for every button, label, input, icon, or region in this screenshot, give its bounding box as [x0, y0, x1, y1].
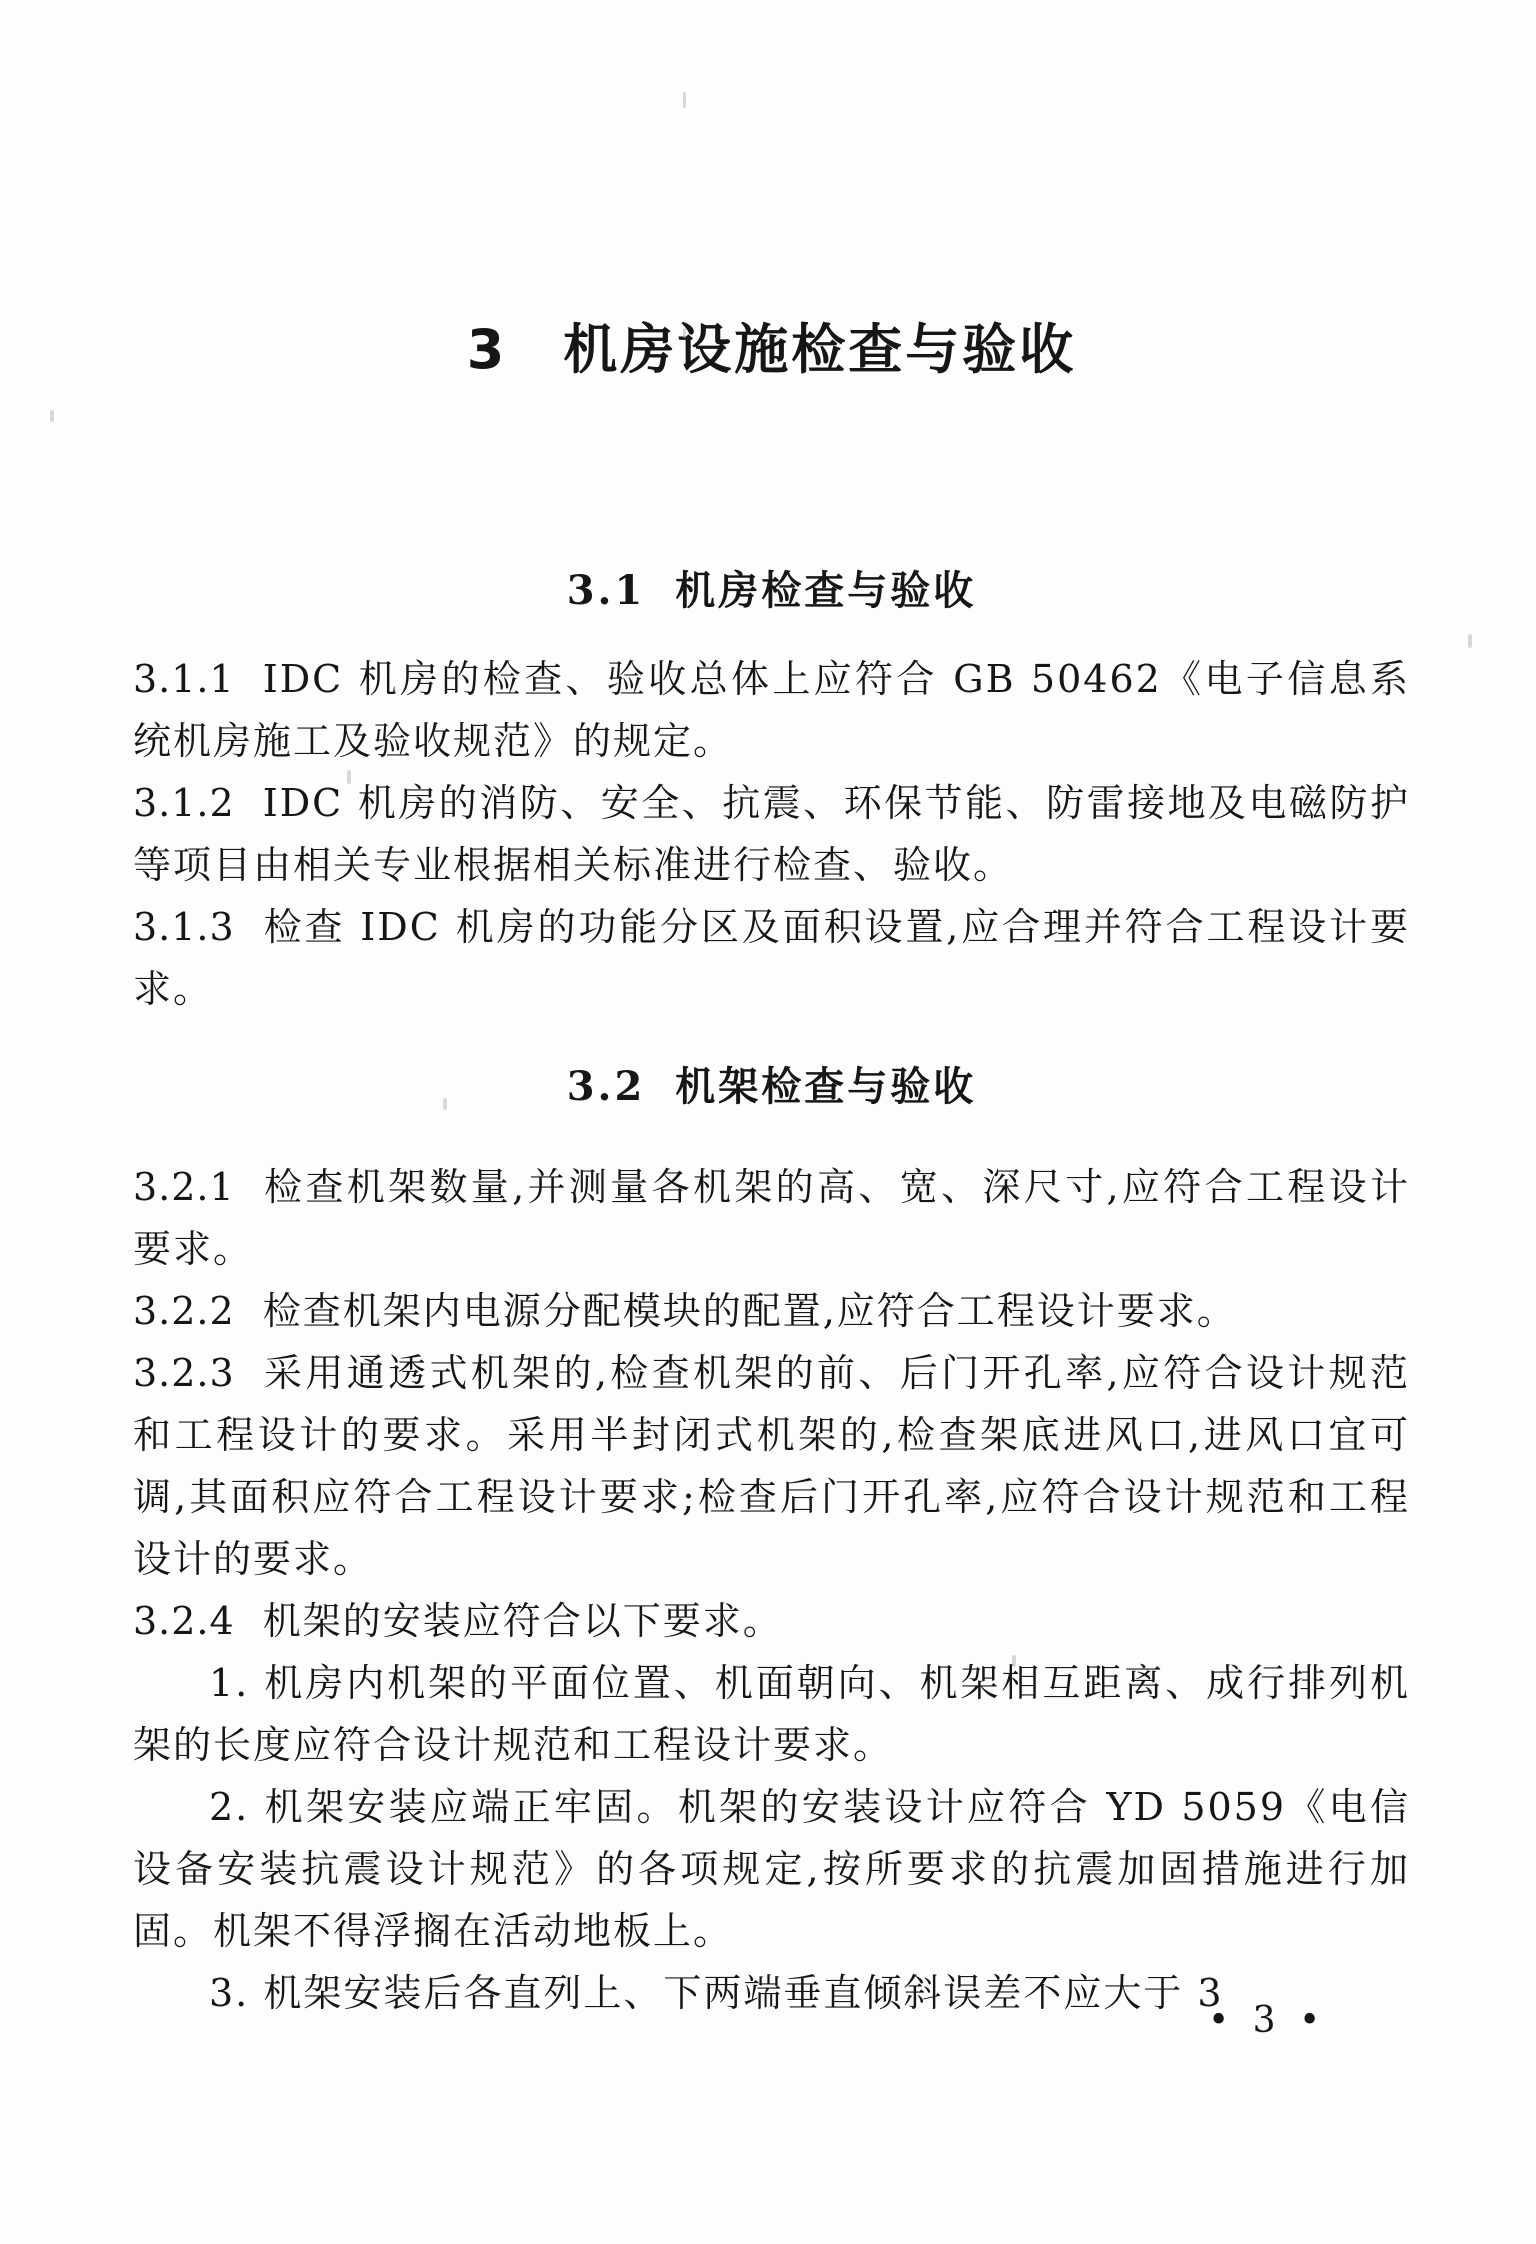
clause-3-1-3: 3.1.3检查 IDC 机房的功能分区及面积设置,应合理并符合工程设计要求。	[133, 896, 1410, 1020]
chapter-number: 3	[467, 318, 508, 381]
section-number: 3.2	[567, 1063, 646, 1110]
clause-text: IDC 机房的消防、安全、抗震、环保节能、防雷接地及电磁防护等项目由相关专业根据…	[133, 781, 1410, 887]
scan-artifact	[683, 92, 686, 108]
section-title: 机架检查与验收	[675, 1063, 976, 1110]
scan-artifact	[443, 1098, 447, 1110]
clause-3-2-3: 3.2.3采用通透式机架的,检查机架的前、后门开孔率,应符合设计规范和工程设计的…	[133, 1342, 1410, 1590]
clause-text: IDC 机房的检查、验收总体上应符合 GB 50462《电子信息系统机房施工及验…	[133, 657, 1410, 763]
clause-text: 检查机架内电源分配模块的配置,应符合工程设计要求。	[263, 1289, 1237, 1333]
clause-label: 3.2.3	[133, 1351, 235, 1395]
clause-label: 3.1.3	[133, 905, 235, 949]
clause-3-1-2: 3.1.2IDC 机房的消防、安全、抗震、环保节能、防雷接地及电磁防护等项目由相…	[133, 772, 1410, 896]
clause-text: 检查 IDC 机房的功能分区及面积设置,应合理并符合工程设计要求。	[133, 905, 1410, 1011]
clause-text: 采用通透式机架的,检查机架的前、后门开孔率,应符合设计规范和工程设计的要求。采用…	[133, 1351, 1410, 1581]
clause-text: 检查机架数量,并测量各机架的高、宽、深尺寸,应符合工程设计要求。	[133, 1165, 1410, 1271]
clause-label: 3.2.4	[133, 1599, 235, 1643]
section-heading-3-2: 3.2机架检查与验收	[133, 1064, 1410, 1110]
scan-artifact	[347, 770, 351, 784]
clause-label: 3.2.1	[133, 1165, 235, 1209]
clause-3-1-1: 3.1.1IDC 机房的检查、验收总体上应符合 GB 50462《电子信息系统机…	[133, 648, 1410, 772]
section-title: 机房检查与验收	[675, 567, 976, 614]
section-heading-3-1: 3.1机房检查与验收	[133, 568, 1410, 614]
document-page: 3机房设施检查与验收 3.1机房检查与验收 3.1.1IDC 机房的检查、验收总…	[0, 0, 1536, 2244]
scan-artifact	[1468, 634, 1472, 648]
scan-artifact	[50, 410, 54, 422]
clause-text: 机架的安装应符合以下要求。	[263, 1599, 783, 1643]
clause-label: 3.1.2	[133, 781, 235, 825]
chapter-title: 机房设施检查与验收	[563, 318, 1076, 381]
chapter-heading: 3机房设施检查与验收	[133, 320, 1410, 380]
scan-artifact	[683, 328, 686, 338]
list-item-text: 2. 机架安装应端正牢固。机架的安装设计应符合 YD 5059《电信设备安装抗震…	[133, 1785, 1410, 1953]
clause-3-2-1: 3.2.1检查机架数量,并测量各机架的高、宽、深尺寸,应符合工程设计要求。	[133, 1156, 1410, 1280]
clause-3-2-4: 3.2.4机架的安装应符合以下要求。	[133, 1590, 1410, 1652]
scan-artifact	[1012, 1655, 1016, 1667]
list-item-text: 1. 机房内机架的平面位置、机面朝向、机架相互距离、成行排列机架的长度应符合设计…	[133, 1661, 1410, 1767]
clause-3-2-2: 3.2.2检查机架内电源分配模块的配置,应符合工程设计要求。	[133, 1280, 1410, 1342]
clause-3-2-4-item-1: 1. 机房内机架的平面位置、机面朝向、机架相互距离、成行排列机架的长度应符合设计…	[133, 1652, 1410, 1776]
clause-label: 3.2.2	[133, 1289, 235, 1333]
clause-label: 3.1.1	[133, 657, 235, 701]
list-item-text: 3. 机架安装后各直列上、下两端垂直倾斜误差不应大于 3	[209, 1971, 1224, 2015]
clause-3-2-4-item-2: 2. 机架安装应端正牢固。机架的安装设计应符合 YD 5059《电信设备安装抗震…	[133, 1776, 1410, 1962]
section-number: 3.1	[567, 567, 646, 614]
page-number: • 3 •	[1208, 2000, 1326, 2041]
